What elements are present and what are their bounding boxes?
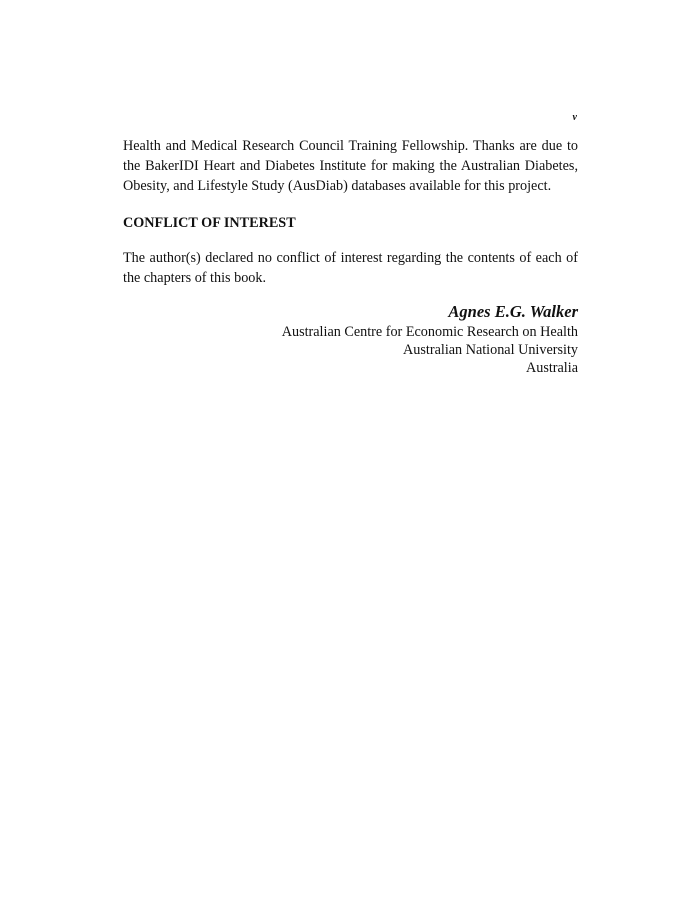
affiliation-centre: Australian Centre for Economic Research …	[123, 323, 578, 341]
page-content: Health and Medical Research Council Trai…	[123, 136, 578, 377]
acknowledgement-paragraph: Health and Medical Research Council Trai…	[123, 136, 578, 196]
conflict-of-interest-heading: CONFLICT OF INTEREST	[123, 213, 578, 233]
signature-block: Agnes E.G. Walker Australian Centre for …	[123, 301, 578, 377]
page-number: v	[567, 112, 577, 124]
author-name: Agnes E.G. Walker	[123, 301, 578, 323]
affiliation-country: Australia	[123, 359, 578, 377]
affiliation-university: Australian National University	[123, 341, 578, 359]
conflict-of-interest-paragraph: The author(s) declared no conflict of in…	[123, 248, 578, 288]
